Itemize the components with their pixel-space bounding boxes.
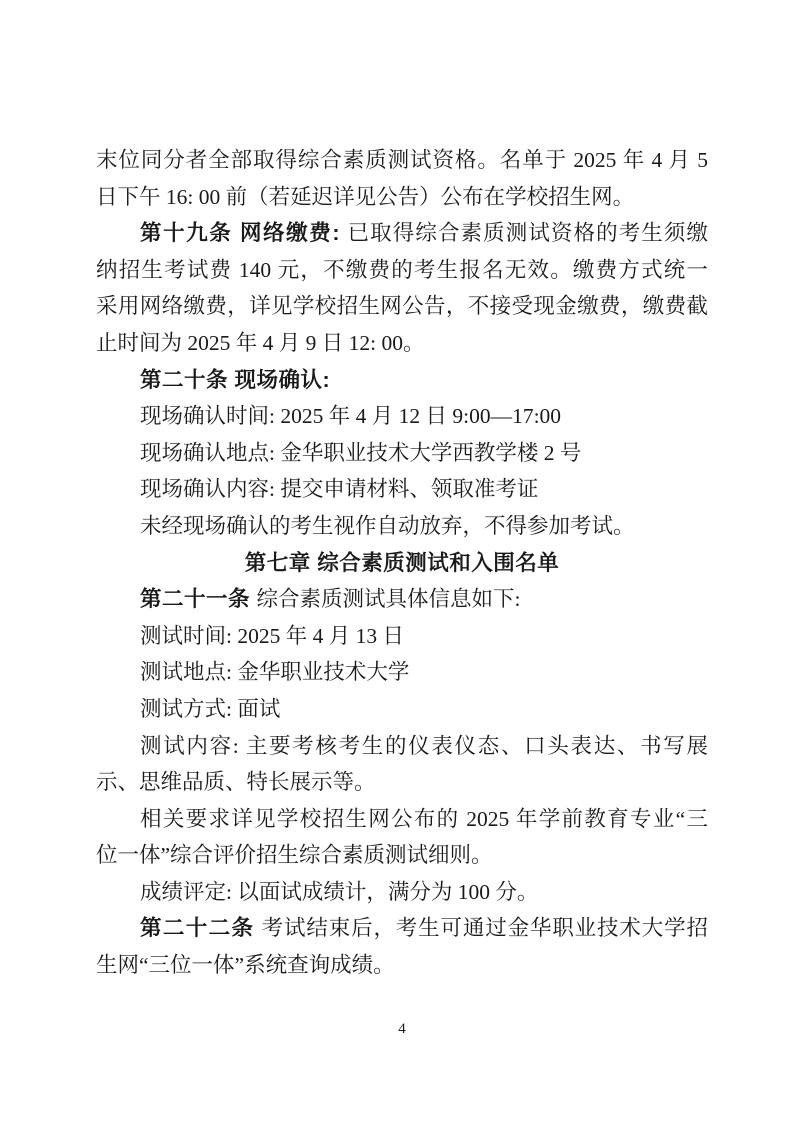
bold-text-segment: 第二十一条 [140,587,256,611]
body-text-segment: 测试内容: 主要考核考生的仪表仪态、口头表达、书写展 [140,734,708,758]
body-text-segment: 未经现场确认的考生视作自动放弃，不得参加考试。 [140,514,635,538]
bold-text-segment: 第七章 综合素质测试和入围名单 [245,551,559,575]
body-line: 止时间为 2025 年 4 月 9 日 12: 00。 [96,325,708,362]
body-text-segment: 末位同分者全部取得综合素质测试资格。名单于 2025 年 4 月 5 [96,148,708,172]
bold-text-segment: 第二十条 现场确认: [140,368,330,392]
body-line: 现场确认时间: 2025 年 4 月 12 日 9:00—17:00 [96,398,708,435]
body-text-segment: 相关要求详见学校招生网公布的 2025 年学前教育专业“三 [140,807,708,831]
body-text-segment: 位一体”综合评价招生综合素质测试细则。 [96,843,493,867]
page-number: 4 [96,1018,708,1040]
body-line: 测试时间: 2025 年 4 月 13 日 [96,618,708,655]
body-line: 相关要求详见学校招生网公布的 2025 年学前教育专业“三 [96,801,708,838]
body-line: 日下午 16: 00 前（若延迟详见公告）公布在学校招生网。 [96,179,708,216]
bold-text-segment: 第十九条 网络缴费: [140,221,348,245]
body-line: 纳招生考试费 140 元，不缴费的考生报名无效。缴费方式统一 [96,252,708,289]
body-text-segment: 止时间为 2025 年 4 月 9 日 12: 00。 [96,331,424,355]
body-text-segment: 测试方式: 面试 [140,697,280,721]
article-20-line: 第二十条 现场确认: [96,362,708,399]
body-text-segment: 综合素质测试具体信息如下: [256,587,520,611]
body-text-segment: 测试地点: 金华职业技术大学 [140,660,409,684]
chapter-heading: 第七章 综合素质测试和入围名单 [96,545,708,582]
body-line: 测试内容: 主要考核考生的仪表仪态、口头表达、书写展 [96,728,708,765]
body-text-segment: 测试时间: 2025 年 4 月 13 日 [140,624,404,648]
body-text-segment: 纳招生考试费 140 元，不缴费的考生报名无效。缴费方式统一 [96,258,708,282]
body-text-segment: 现场确认地点: 金华职业技术大学西教学楼 2 号 [140,441,581,465]
body-text-segment: 示、思维品质、特长展示等。 [96,770,376,794]
body-line: 未经现场确认的考生视作自动放弃，不得参加考试。 [96,508,708,545]
article-19-line: 第十九条 网络缴费: 已取得综合素质测试资格的考生须缴 [96,215,708,252]
body-line: 生网“三位一体”系统查询成绩。 [96,947,708,984]
body-line: 测试地点: 金华职业技术大学 [96,654,708,691]
body-line: 示、思维品质、特长展示等。 [96,764,708,801]
body-line: 现场确认内容: 提交申请材料、领取准考证 [96,471,708,508]
body-text-segment: 日下午 16: 00 前（若延迟详见公告）公布在学校招生网。 [96,185,634,209]
bold-text-segment: 第二十二条 [140,916,262,940]
body-text-segment: 现场确认内容: 提交申请材料、领取准考证 [140,477,538,501]
article-22-line: 第二十二条 考试结束后，考生可通过金华职业技术大学招 [96,910,708,947]
body-text-segment: 生网“三位一体”系统查询成绩。 [96,953,395,977]
document-page: 末位同分者全部取得综合素质测试资格。名单于 2025 年 4 月 5日下午 16… [0,0,794,1123]
body-text-segment: 已取得综合素质测试资格的考生须缴 [348,221,708,245]
body-line: 采用网络缴费，详见学校招生网公告，不接受现金缴费，缴费截 [96,288,708,325]
body-text-segment: 考试结束后，考生可通过金华职业技术大学招 [262,916,708,940]
body-line: 位一体”综合评价招生综合素质测试细则。 [96,837,708,874]
body-line: 测试方式: 面试 [96,691,708,728]
body-text-segment: 成绩评定: 以面试成绩计，满分为 100 分。 [140,880,538,904]
article-21-line: 第二十一条 综合素质测试具体信息如下: [96,581,708,618]
body-line: 成绩评定: 以面试成绩计，满分为 100 分。 [96,874,708,911]
body-line: 末位同分者全部取得综合素质测试资格。名单于 2025 年 4 月 5 [96,142,708,179]
body-line: 现场确认地点: 金华职业技术大学西教学楼 2 号 [96,435,708,472]
document-body: 末位同分者全部取得综合素质测试资格。名单于 2025 年 4 月 5日下午 16… [96,142,708,984]
body-text-segment: 现场确认时间: 2025 年 4 月 12 日 9:00—17:00 [140,404,561,428]
body-text-segment: 采用网络缴费，详见学校招生网公告，不接受现金缴费，缴费截 [96,294,708,318]
